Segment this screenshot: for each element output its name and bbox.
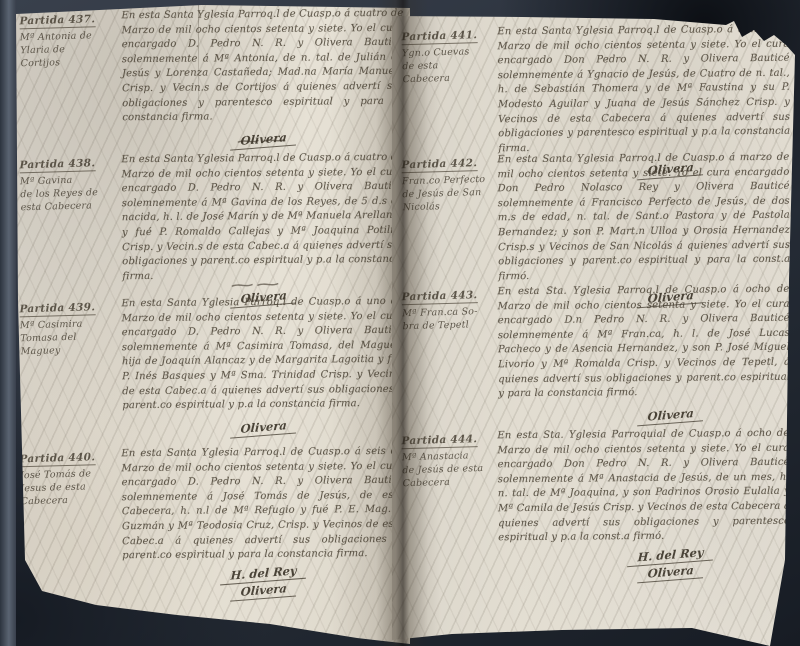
signature-block: H. del Rey Olivera — [122, 565, 404, 600]
entry-body-text: En esta Sta. Yglesia Parroquial de Cuasp… — [497, 427, 790, 546]
signature-olivera: Olivera — [230, 417, 297, 438]
entry-body-text: En esta Santa Yglesia Parroq.l de Cuasp.… — [497, 23, 790, 157]
entry-number: Partida 444. — [401, 433, 477, 449]
entry-margin-note: Partida 443. Mª Fran.ca So- bra de Tepet… — [401, 283, 490, 333]
photographed-register-spread: Partida 437. Mª Antonia de Ylaria de Cor… — [0, 0, 800, 646]
entry-margin-name: Fran.co Perfecto de Jesús de San Nicolás — [402, 173, 491, 214]
signature-olivera: Olivera — [637, 405, 704, 426]
entry-margin-name: Mª Fran.ca So- bra de Tepetl — [402, 305, 491, 333]
entry-body-text: En esta Santa Yglesia Parroq.l de Cuasp.… — [121, 151, 404, 285]
right-page: Partida 441. Ygn.o Cuevas de esta Cabece… — [392, 0, 800, 646]
entry-margin-note: Partida 438. Mª Gavina de los Reyes de e… — [19, 151, 115, 215]
entry-margin-name: Mª Anastacia de Jesús de esta Cabecera — [402, 449, 491, 490]
entry-margin-name: José Tomás de Jesus de esta Cabecera — [20, 467, 115, 509]
signature-olivera: Olivera — [230, 129, 297, 150]
entry-margin-name: Ygn.o Cuevas de esta Cabecera — [402, 45, 491, 86]
entry-body-text: En esta Sta. Yglesia Parroq.l de Cuasp.o… — [497, 283, 790, 402]
register-entry-438: Partida 438. Mª Gavina de los Reyes de e… — [20, 152, 404, 306]
register-entry-443: Partida 443. Mª Fran.ca So- bra de Tepet… — [402, 284, 790, 424]
entry-number: Partida 438. — [19, 157, 95, 173]
entry-number: Partida 443. — [402, 289, 478, 305]
signature-block: Olivera — [524, 402, 800, 425]
register-entry-440: Partida 440. José Tomás de Jesus de esta… — [20, 446, 404, 600]
entry-body-text: En esta Santa Yglesia Parroq.l de Cuasp.… — [121, 7, 404, 126]
entry-margin-name: Mª Antonia de Ylaria de Cortijos — [20, 29, 115, 71]
entry-number: Partida 442. — [401, 157, 477, 173]
entry-number: Partida 439. — [19, 301, 95, 317]
entry-number: Partida 441. — [401, 29, 477, 45]
entry-margin-note: Partida 441. Ygn.o Cuevas de esta Cabece… — [401, 23, 491, 86]
entry-margin-note: Partida 440. José Tomás de Jesus de esta… — [19, 445, 115, 509]
entry-margin-note: Partida 437. Mª Antonia de Ylaria de Cor… — [19, 7, 115, 71]
register-entry-439: Partida 439. Mª Casimira Tomasa del Magu… — [20, 296, 404, 436]
signature-block: H. del Rey Olivera — [524, 546, 800, 582]
entry-margin-note: Partida 442. Fran.co Perfecto de Jesús d… — [401, 151, 491, 214]
entry-margin-name: Mª Gavina de los Reyes de esta Cabecera — [20, 173, 115, 215]
entry-number: Partida 437. — [19, 13, 95, 29]
signature-block: Olivera — [122, 415, 404, 437]
left-page: Partida 437. Mª Antonia de Ylaria de Cor… — [12, 2, 410, 644]
book-edge-strip — [0, 0, 16, 646]
signature-block: Olivera — [122, 127, 404, 149]
register-entry-437: Partida 437. Mª Antonia de Ylaria de Cor… — [20, 8, 404, 148]
entry-margin-name: Mª Casimira Tomasa del Maguey — [20, 317, 115, 359]
entry-body-text: En esta Santa Yglesia Parroq.l de Cuasp.… — [121, 445, 404, 564]
entry-number: Partida 440. — [19, 451, 95, 467]
entry-body-text: En esta Santa Yglesia Parroq.l de Cuasp.… — [497, 151, 790, 285]
entry-body-text: En esta Santa Yglesia Parroq.l de Cuasp.… — [121, 295, 404, 414]
entry-margin-note: Partida 444. Mª Anastacia de Jesús de es… — [401, 427, 491, 490]
register-entry-444: Partida 444. Mª Anastacia de Jesús de es… — [402, 428, 790, 582]
entry-margin-note: Partida 439. Mª Casimira Tomasa del Magu… — [19, 295, 115, 359]
